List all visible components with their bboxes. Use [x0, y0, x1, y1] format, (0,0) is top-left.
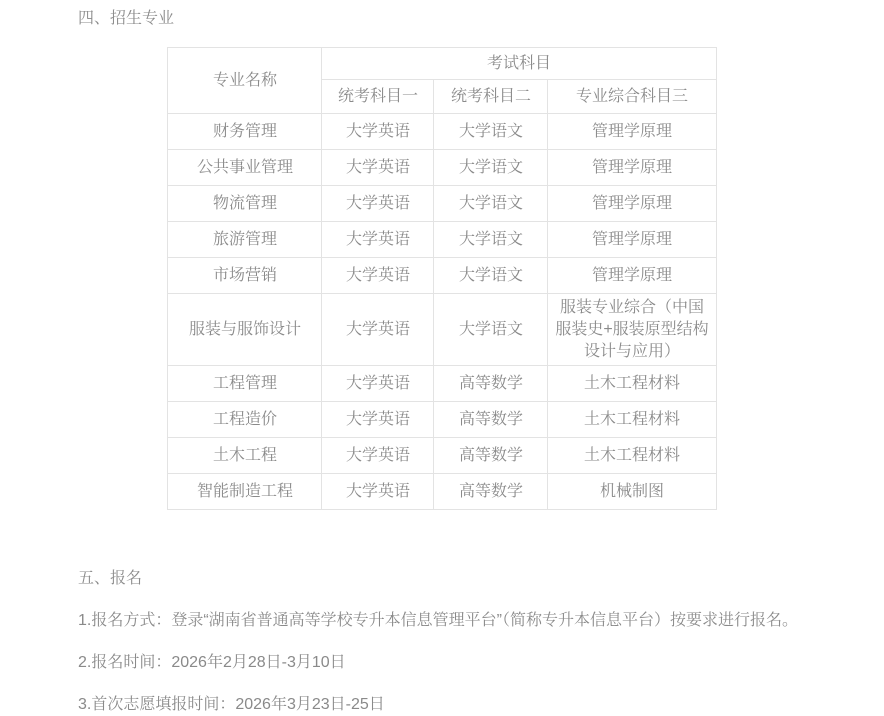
col-header-subject1: 统考科目一 [322, 80, 434, 114]
subject3-cell: 土木工程材料 [548, 438, 716, 474]
section5-title: 五、报名 [0, 569, 884, 589]
major-cell: 服装与服饰设计 [168, 294, 322, 366]
subject2-cell: 大学语文 [434, 222, 548, 258]
table-row: 工程管理 大学英语 高等数学 土木工程材料 [168, 366, 716, 402]
subject1-cell: 大学英语 [322, 222, 434, 258]
subject1-cell: 大学英语 [322, 150, 434, 186]
major-cell: 财务管理 [168, 114, 322, 150]
subject3-cell: 土木工程材料 [548, 402, 716, 438]
document-page: 四、招生专业 专业名称 考试科目 统考科目一 统考科目二 专业综合科目三 财务管… [0, 0, 884, 715]
subject2-cell: 高等数学 [434, 402, 548, 438]
subject3-cell: 服装专业综合（中国服装史+服装原型结构设计与应用） [548, 294, 716, 366]
col-header-subject2: 统考科目二 [434, 80, 548, 114]
table-row: 市场营销 大学英语 大学语文 管理学原理 [168, 258, 716, 294]
major-cell: 土木工程 [168, 438, 322, 474]
major-cell: 旅游管理 [168, 222, 322, 258]
subject1-cell: 大学英语 [322, 474, 434, 510]
table-row: 智能制造工程 大学英语 高等数学 机械制图 [168, 474, 716, 510]
col-header-exam-subjects: 考试科目 [322, 48, 716, 80]
exam-subjects-table: 专业名称 考试科目 统考科目一 统考科目二 专业综合科目三 财务管理 大学英语 … [167, 47, 716, 510]
subject2-cell: 高等数学 [434, 366, 548, 402]
table-header-row-1: 专业名称 考试科目 [168, 48, 716, 80]
subject1-cell: 大学英语 [322, 402, 434, 438]
section4-title: 四、招生专业 [0, 0, 884, 29]
major-cell: 物流管理 [168, 186, 322, 222]
table-row: 财务管理 大学英语 大学语文 管理学原理 [168, 114, 716, 150]
subject1-cell: 大学英语 [322, 186, 434, 222]
subject2-cell: 大学语文 [434, 294, 548, 366]
table-row: 物流管理 大学英语 大学语文 管理学原理 [168, 186, 716, 222]
table-row: 服装与服饰设计 大学英语 大学语文 服装专业综合（中国服装史+服装原型结构设计与… [168, 294, 716, 366]
subject2-cell: 高等数学 [434, 474, 548, 510]
subject2-cell: 高等数学 [434, 438, 548, 474]
subject3-cell: 管理学原理 [548, 150, 716, 186]
table-row: 旅游管理 大学英语 大学语文 管理学原理 [168, 222, 716, 258]
subject3-cell: 管理学原理 [548, 258, 716, 294]
subject1-cell: 大学英语 [322, 366, 434, 402]
subject1-cell: 大学英语 [322, 114, 434, 150]
subject3-cell: 机械制图 [548, 474, 716, 510]
subject3-cell: 土木工程材料 [548, 366, 716, 402]
subject2-cell: 大学语文 [434, 150, 548, 186]
subject1-cell: 大学英语 [322, 258, 434, 294]
first-choice-time-paragraph: 3.首次志愿填报时间：2026年3月23日-25日 [0, 695, 884, 715]
major-cell: 工程造价 [168, 402, 322, 438]
subject1-cell: 大学英语 [322, 294, 434, 366]
major-cell: 公共事业管理 [168, 150, 322, 186]
subject2-cell: 大学语文 [434, 186, 548, 222]
major-cell: 工程管理 [168, 366, 322, 402]
major-cell: 市场营销 [168, 258, 322, 294]
registration-time-paragraph: 2.报名时间：2026年2月28日-3月10日 [0, 653, 884, 673]
subject2-cell: 大学语文 [434, 258, 548, 294]
col-header-major-name: 专业名称 [168, 48, 322, 114]
table-row: 公共事业管理 大学英语 大学语文 管理学原理 [168, 150, 716, 186]
subject3-cell: 管理学原理 [548, 186, 716, 222]
registration-method-paragraph: 1.报名方式：登录“湖南省普通高等学校专升本信息管理平台”（简称专升本信息平台）… [0, 611, 884, 631]
subject3-cell: 管理学原理 [548, 114, 716, 150]
subject3-cell: 管理学原理 [548, 222, 716, 258]
table-row: 工程造价 大学英语 高等数学 土木工程材料 [168, 402, 716, 438]
subject1-cell: 大学英语 [322, 438, 434, 474]
table-row: 土木工程 大学英语 高等数学 土木工程材料 [168, 438, 716, 474]
col-header-subject3: 专业综合科目三 [548, 80, 716, 114]
subject2-cell: 大学语文 [434, 114, 548, 150]
major-cell: 智能制造工程 [168, 474, 322, 510]
